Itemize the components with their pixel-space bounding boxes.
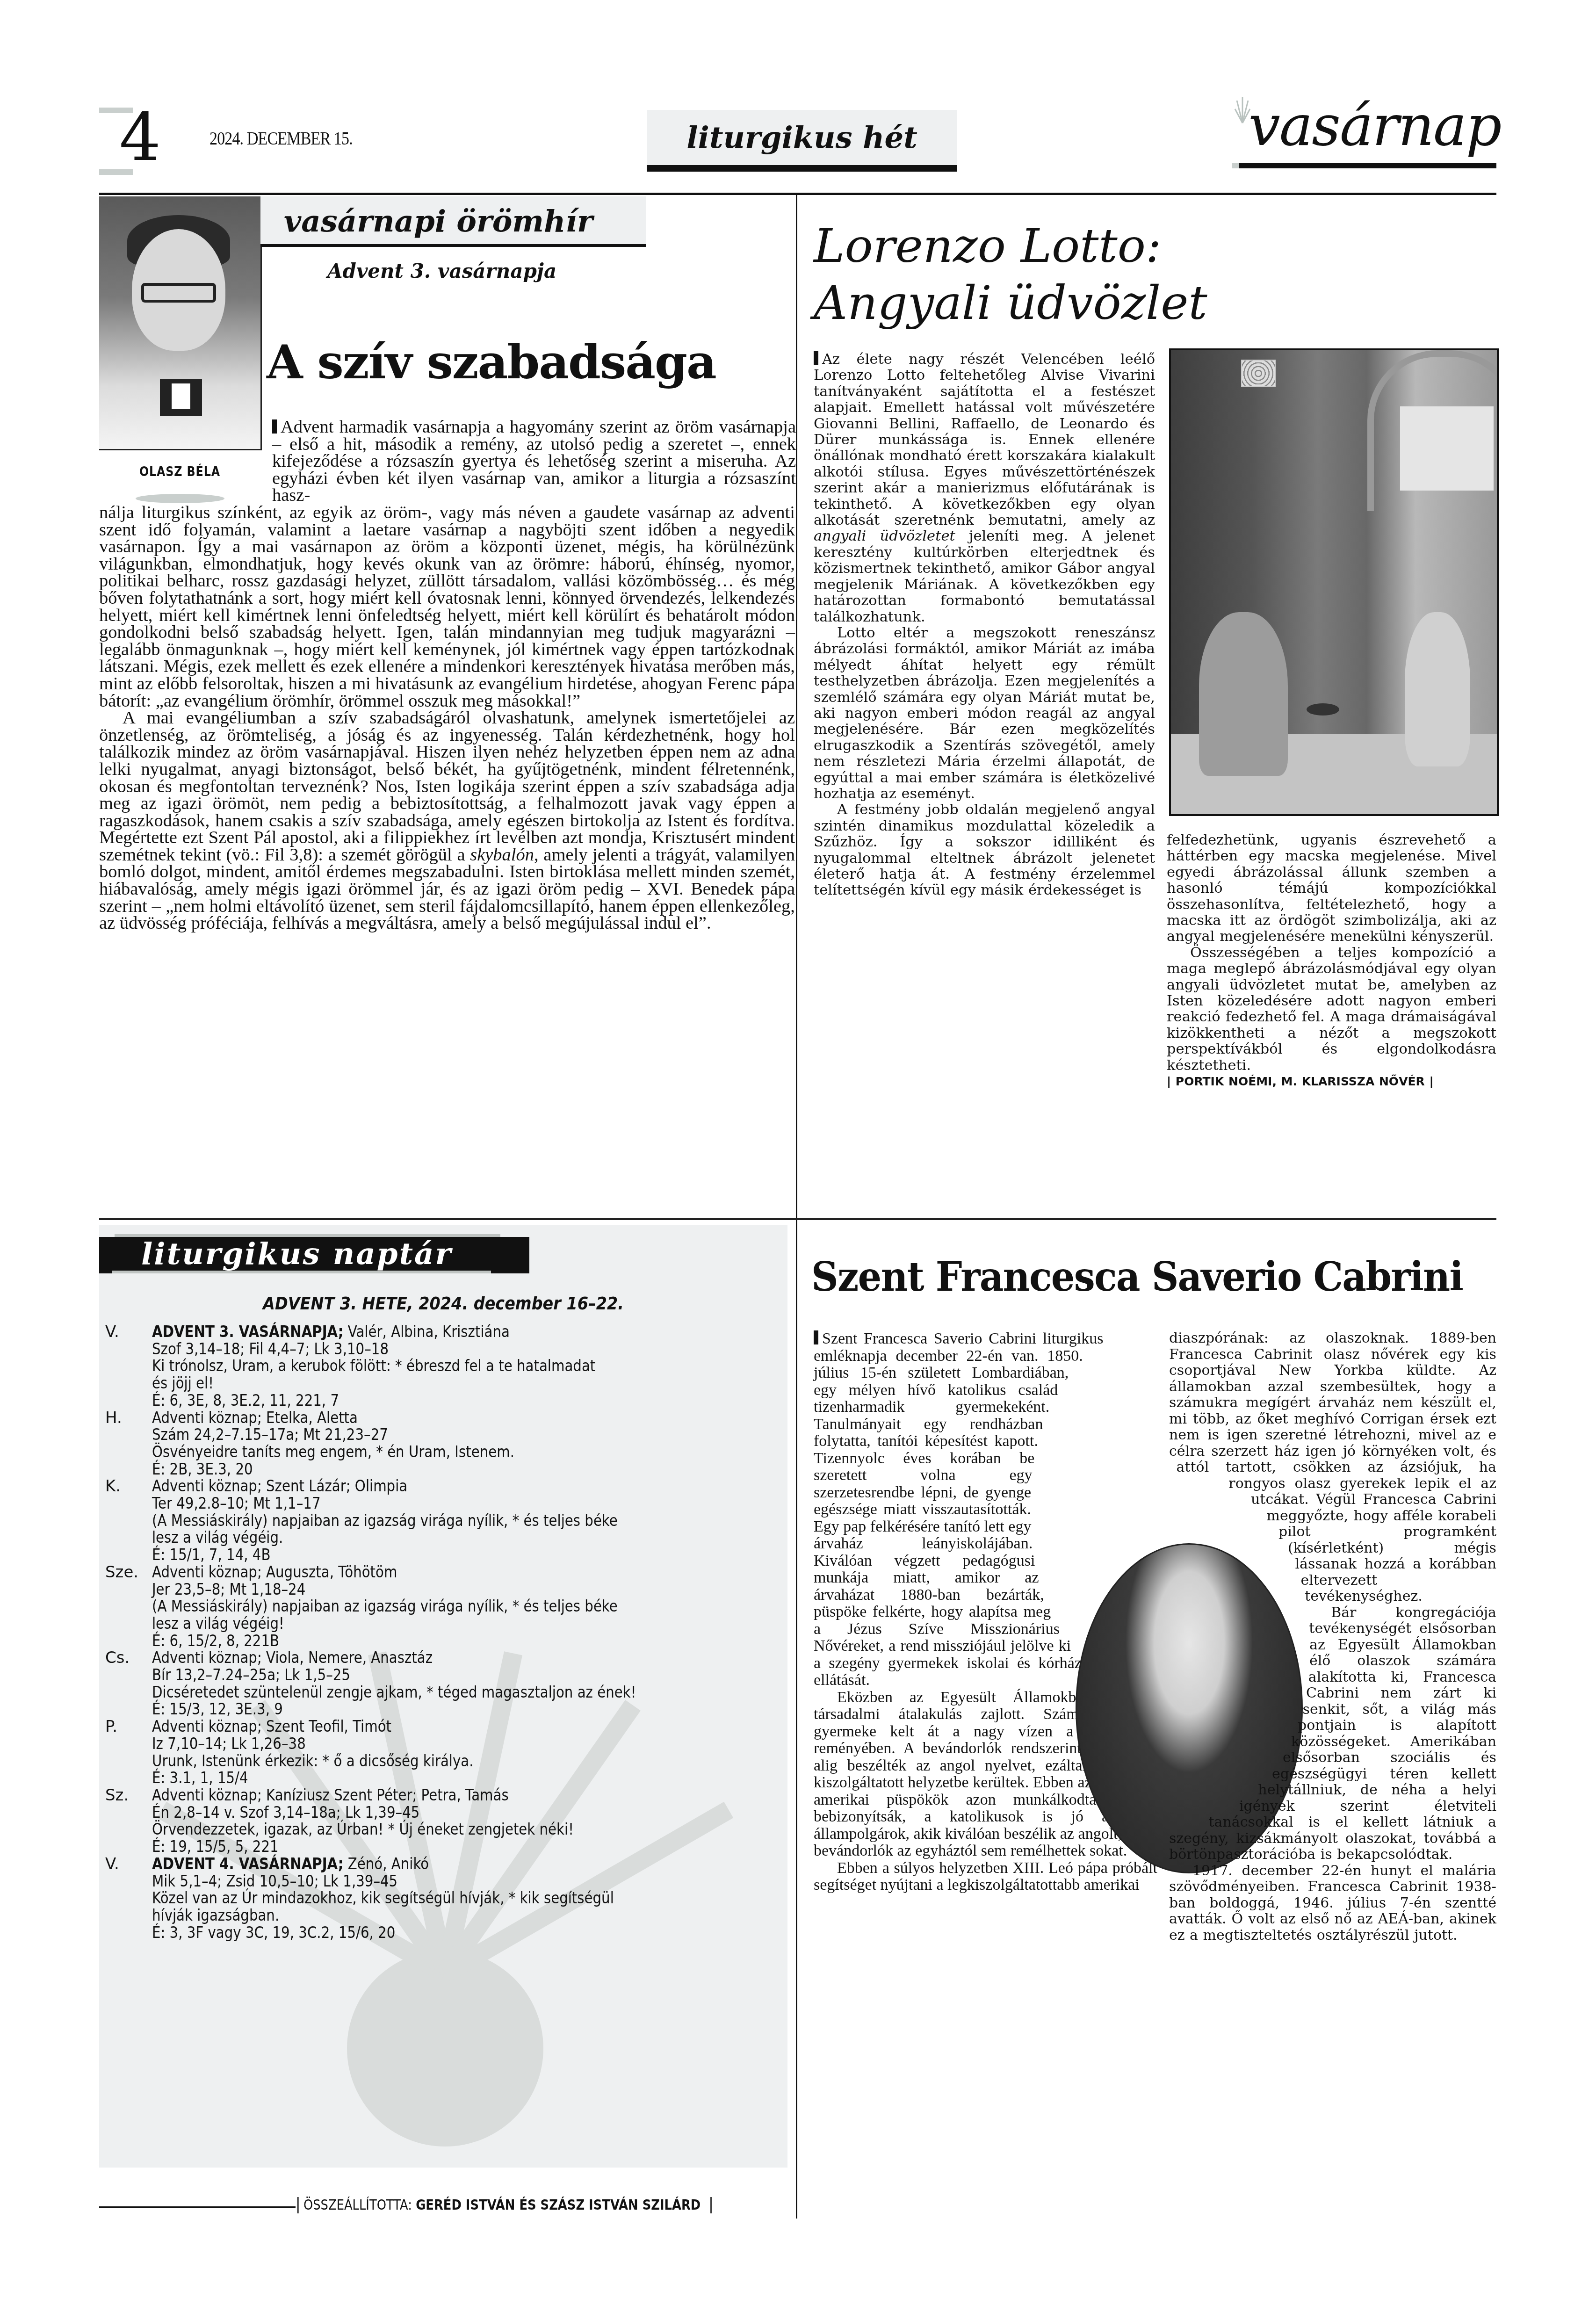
logo-underline	[1232, 163, 1496, 168]
calendar-week-heading: ADVENT 3. HETE, 2024. december 16–22.	[140, 1293, 746, 1314]
art-article-column-1: Az élete nagy részét Velencében leélő Lo…	[814, 351, 1155, 899]
page-number: 4	[119, 105, 161, 171]
section-label: liturgikus hét	[647, 110, 957, 172]
paragraph: A festmény jobb oldalán megjelenő angyal…	[814, 802, 1155, 898]
calendar-list: V.ADVENT 3. VASÁRNAPJA; Valér, Albina, K…	[105, 1323, 783, 1941]
logo-underline-accent	[1232, 163, 1239, 168]
article-subkicker: Advent 3. vasárnapja	[327, 260, 556, 282]
page-number-bar-bottom	[99, 169, 133, 175]
paragraph: felfedezhetünk, ugyanis észrevehető a há…	[1167, 832, 1496, 945]
sun-rays-icon	[1235, 96, 1250, 124]
article-signature: | PORTIK NOÉMI, M. KLARISSZA NŐVÉR |	[1167, 1074, 1496, 1090]
calendar-day: Sz.Adventi köznap; Kaníziusz Szent Péter…	[105, 1787, 783, 1856]
calendar-day: Sze.Adventi köznap; Auguszta, TöhötömJer…	[105, 1564, 783, 1650]
calendar-day: K.Adventi köznap; Szent Lázár; OlimpiaTe…	[105, 1478, 783, 1564]
annunciation-painting	[1169, 348, 1499, 816]
lead-marker-icon	[272, 419, 277, 434]
calendar-day: Cs.Adventi köznap; Viola, Nemere, Anaszt…	[105, 1649, 783, 1718]
calendar-day: H.Adventi köznap; Etelka, AlettaSzám 24,…	[105, 1409, 783, 1478]
calendar-section-label: liturgikus naptár	[99, 1237, 529, 1273]
header-rule	[99, 193, 1496, 195]
column-divider-top	[796, 193, 797, 1219]
paragraph: Összességében a teljes kompozíció a maga…	[1167, 945, 1496, 1074]
author-photo	[99, 196, 262, 450]
article-lead-paragraph: Advent harmadik vasárnapja a hagyomány s…	[272, 419, 796, 504]
column-kicker: vasárnapi örömhír	[260, 196, 646, 247]
calendar-day: V.ADVENT 3. VASÁRNAPJA; Valér, Albina, K…	[105, 1323, 783, 1409]
paragraph: Lotto eltér a megszokott reneszánsz ábrá…	[814, 625, 1155, 802]
calendar-credits: ÖSSZEÁLLÍTOTTA: GERÉD ISTVÁN ÉS SZÁSZ IS…	[297, 2197, 712, 2213]
paragraph: Ebben a súlyos helyzetben XIII. Leó pápa…	[814, 1860, 1157, 1894]
footer-rule-left	[99, 2206, 296, 2208]
author-name: OLASZ BÉLA	[111, 464, 248, 479]
calendar-day: V.ADVENT 4. VASÁRNAPJA; Zénó, AnikóMik 5…	[105, 1856, 783, 1942]
column-divider-bottom	[796, 1220, 797, 2219]
article-body: nálja liturgikus színként, az egyik az ö…	[99, 504, 795, 932]
lead-marker-icon	[814, 1330, 818, 1344]
lead-marker-icon	[814, 351, 818, 365]
sun-watermark-icon	[347, 1950, 543, 2147]
publication-logo: vasárnap	[1249, 98, 1501, 154]
paragraph: Az élete nagy részét Velencében leélő Lo…	[814, 351, 1155, 625]
paragraph: A mai evangéliumban a szív szabadságáról…	[99, 709, 795, 932]
saint-article-title: Szent Francesca Saverio Cabrini	[811, 1253, 1463, 1301]
paragraph: nálja liturgikus színként, az egyik az ö…	[99, 504, 795, 709]
issue-date: 2024. DECEMBER 15.	[209, 127, 353, 149]
paragraph: 1917. december 22-én hunyt el malária sz…	[1169, 1863, 1496, 1944]
saint-article-column-2: diaszpórának: az olaszoknak. 1889-ben Fr…	[1169, 1330, 1496, 1944]
section-rule	[99, 1218, 1496, 1220]
calendar-tag-accent-bottom	[112, 1271, 491, 1273]
cat-figure	[1307, 703, 1339, 716]
article-headline: A szív szabadsága	[267, 334, 716, 390]
byline-ornament	[136, 494, 224, 503]
calendar-day: P.Adventi köznap; Szent Teofil, TimótIz …	[105, 1718, 783, 1787]
art-article-column-2: felfedezhetünk, ugyanis észrevehető a há…	[1167, 832, 1496, 1090]
art-article-title: Lorenzo Lotto: Angyali üdvözlet	[814, 217, 1207, 332]
